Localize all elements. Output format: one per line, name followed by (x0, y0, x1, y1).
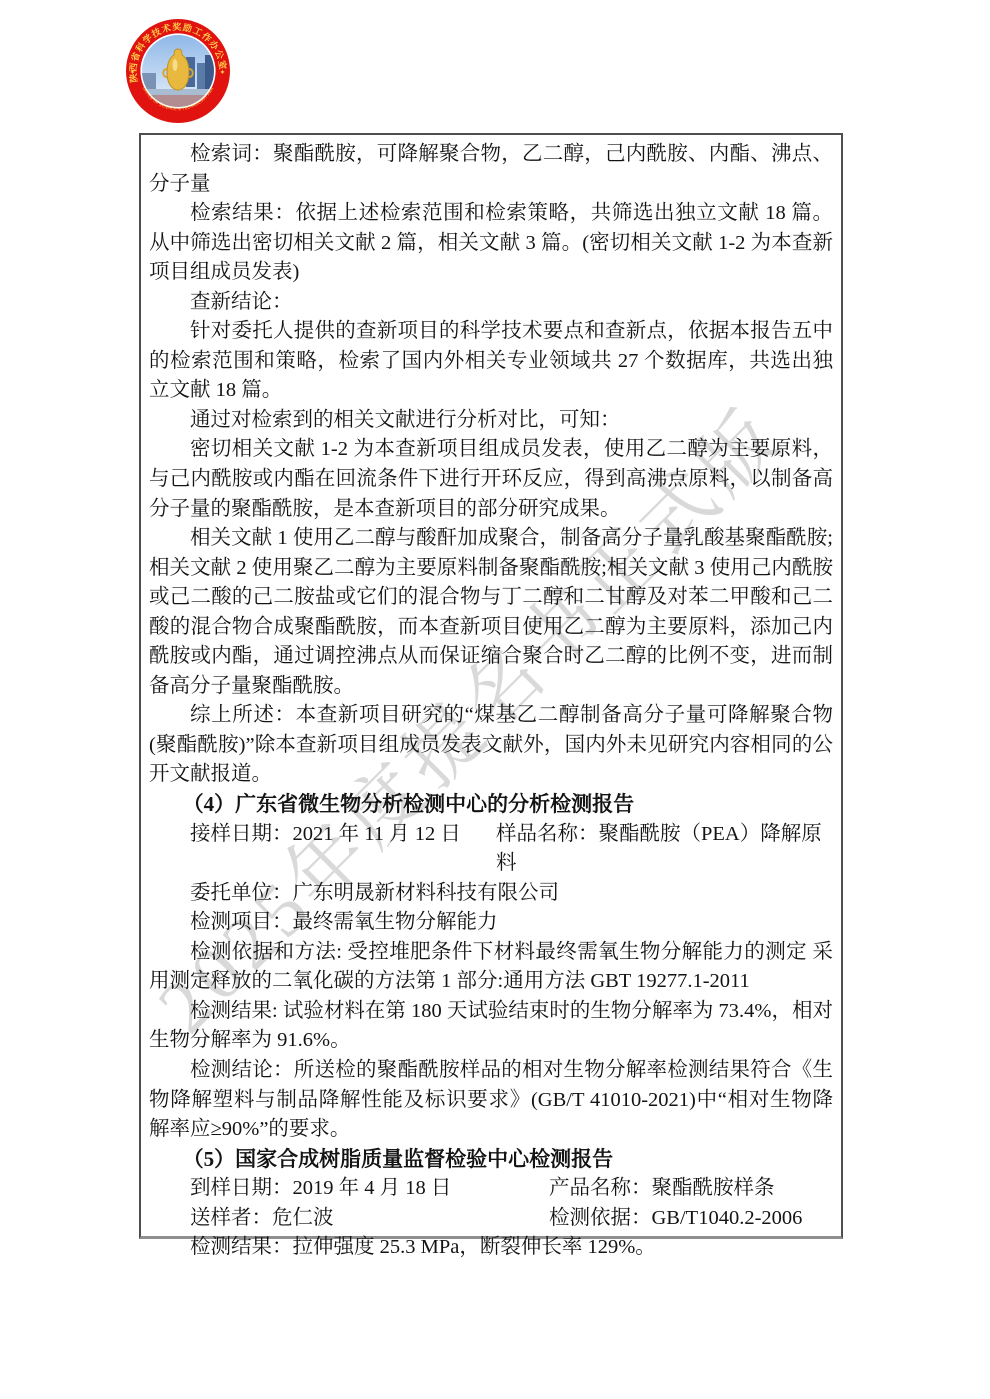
paragraph: 查新结论： (149, 288, 833, 318)
paragraph: 通过对检索到的相关文献进行分析对比，可知： (149, 406, 833, 436)
section-heading: （4）广东省微生物分析检测中心的分析检测报告 (149, 790, 833, 820)
field-left: 送样者：危仁波 (149, 1204, 549, 1234)
document-page: 陕西省科学技术奖励工作办公室 OFFICE OF SCIENCE & TECHN… (0, 0, 990, 1399)
paragraph: 综上所述：本查新项目研究的“煤基乙二醇制备高分子量可降解聚合物(聚酯酰胺)”除本… (149, 701, 833, 790)
paragraph: 检索结果：依据上述检索范围和检索策略，共筛选出独立文献 18 篇。从中筛选出密切… (149, 199, 833, 288)
field-right: 检测依据：GB/T1040.2-2006 (549, 1204, 833, 1234)
org-seal: 陕西省科学技术奖励工作办公室 OFFICE OF SCIENCE & TECHN… (124, 17, 232, 125)
org-seal-graphic: 陕西省科学技术奖励工作办公室 OFFICE OF SCIENCE & TECHN… (124, 17, 232, 125)
paragraph: 委托单位：广东明晟新材料科技有限公司 (149, 879, 833, 909)
field-right: 样品名称：聚酯酰胺（PEA）降解原料 (496, 820, 833, 879)
field-right: 产品名称：聚酯酰胺样条 (549, 1174, 833, 1204)
paragraph: 检测结论：所送检的聚酯酰胺样品的相对生物分解率检测结果符合《生物降解塑料与制品降… (149, 1056, 833, 1145)
paragraph: 检测结果：拉伸强度 25.3 MPa，断裂伸长率 129%。 (149, 1233, 833, 1263)
two-column-row: 到样日期：2019 年 4 月 18 日产品名称：聚酯酰胺样条 (149, 1174, 833, 1204)
seal-left-star-icon: ✦ (130, 69, 136, 77)
seal-center-photo (142, 35, 214, 107)
paragraph: 相关文献 1 使用乙二醇与酸酐加成聚合，制备高分子量乳酸基聚酯酰胺;相关文献 2… (149, 524, 833, 701)
paragraph: 检测项目：最终需氧生物分解能力 (149, 908, 833, 938)
paragraph: 检测依据和方法: 受控堆肥条件下材料最终需氧生物分解能力的测定 采用测定释放的二… (149, 938, 833, 997)
field-left: 到样日期：2019 年 4 月 18 日 (149, 1174, 549, 1204)
two-column-row: 接样日期：2021 年 11 月 12 日样品名称：聚酯酰胺（PEA）降解原料 (149, 820, 833, 879)
seal-right-star-icon: ✦ (220, 69, 226, 77)
paragraph: 检测结果: 试验材料在第 180 天试验结束时的生物分解率为 73.4%，相对生… (149, 997, 833, 1056)
paragraph: 检索词：聚酯酰胺，可降解聚合物，乙二醇，己内酰胺、内酯、沸点、分子量 (149, 140, 833, 199)
two-column-row: 送样者：危仁波检测依据：GB/T1040.2-2006 (149, 1204, 833, 1234)
field-left: 接样日期：2021 年 11 月 12 日 (149, 820, 496, 879)
document-table: 检索词：聚酯酰胺，可降解聚合物，乙二醇，己内酰胺、内酯、沸点、分子量检索结果：依… (139, 133, 843, 1239)
paragraph: 针对委托人提供的查新项目的科学技术要点和查新点，依据本报告五中的检索范围和策略，… (149, 317, 833, 406)
paragraph: 密切相关文献 1-2 为本查新项目组成员发表，使用乙二醇为主要原料，与己内酰胺或… (149, 435, 833, 524)
section-heading: （5）国家合成树脂质量监督检验中心检测报告 (149, 1145, 833, 1175)
